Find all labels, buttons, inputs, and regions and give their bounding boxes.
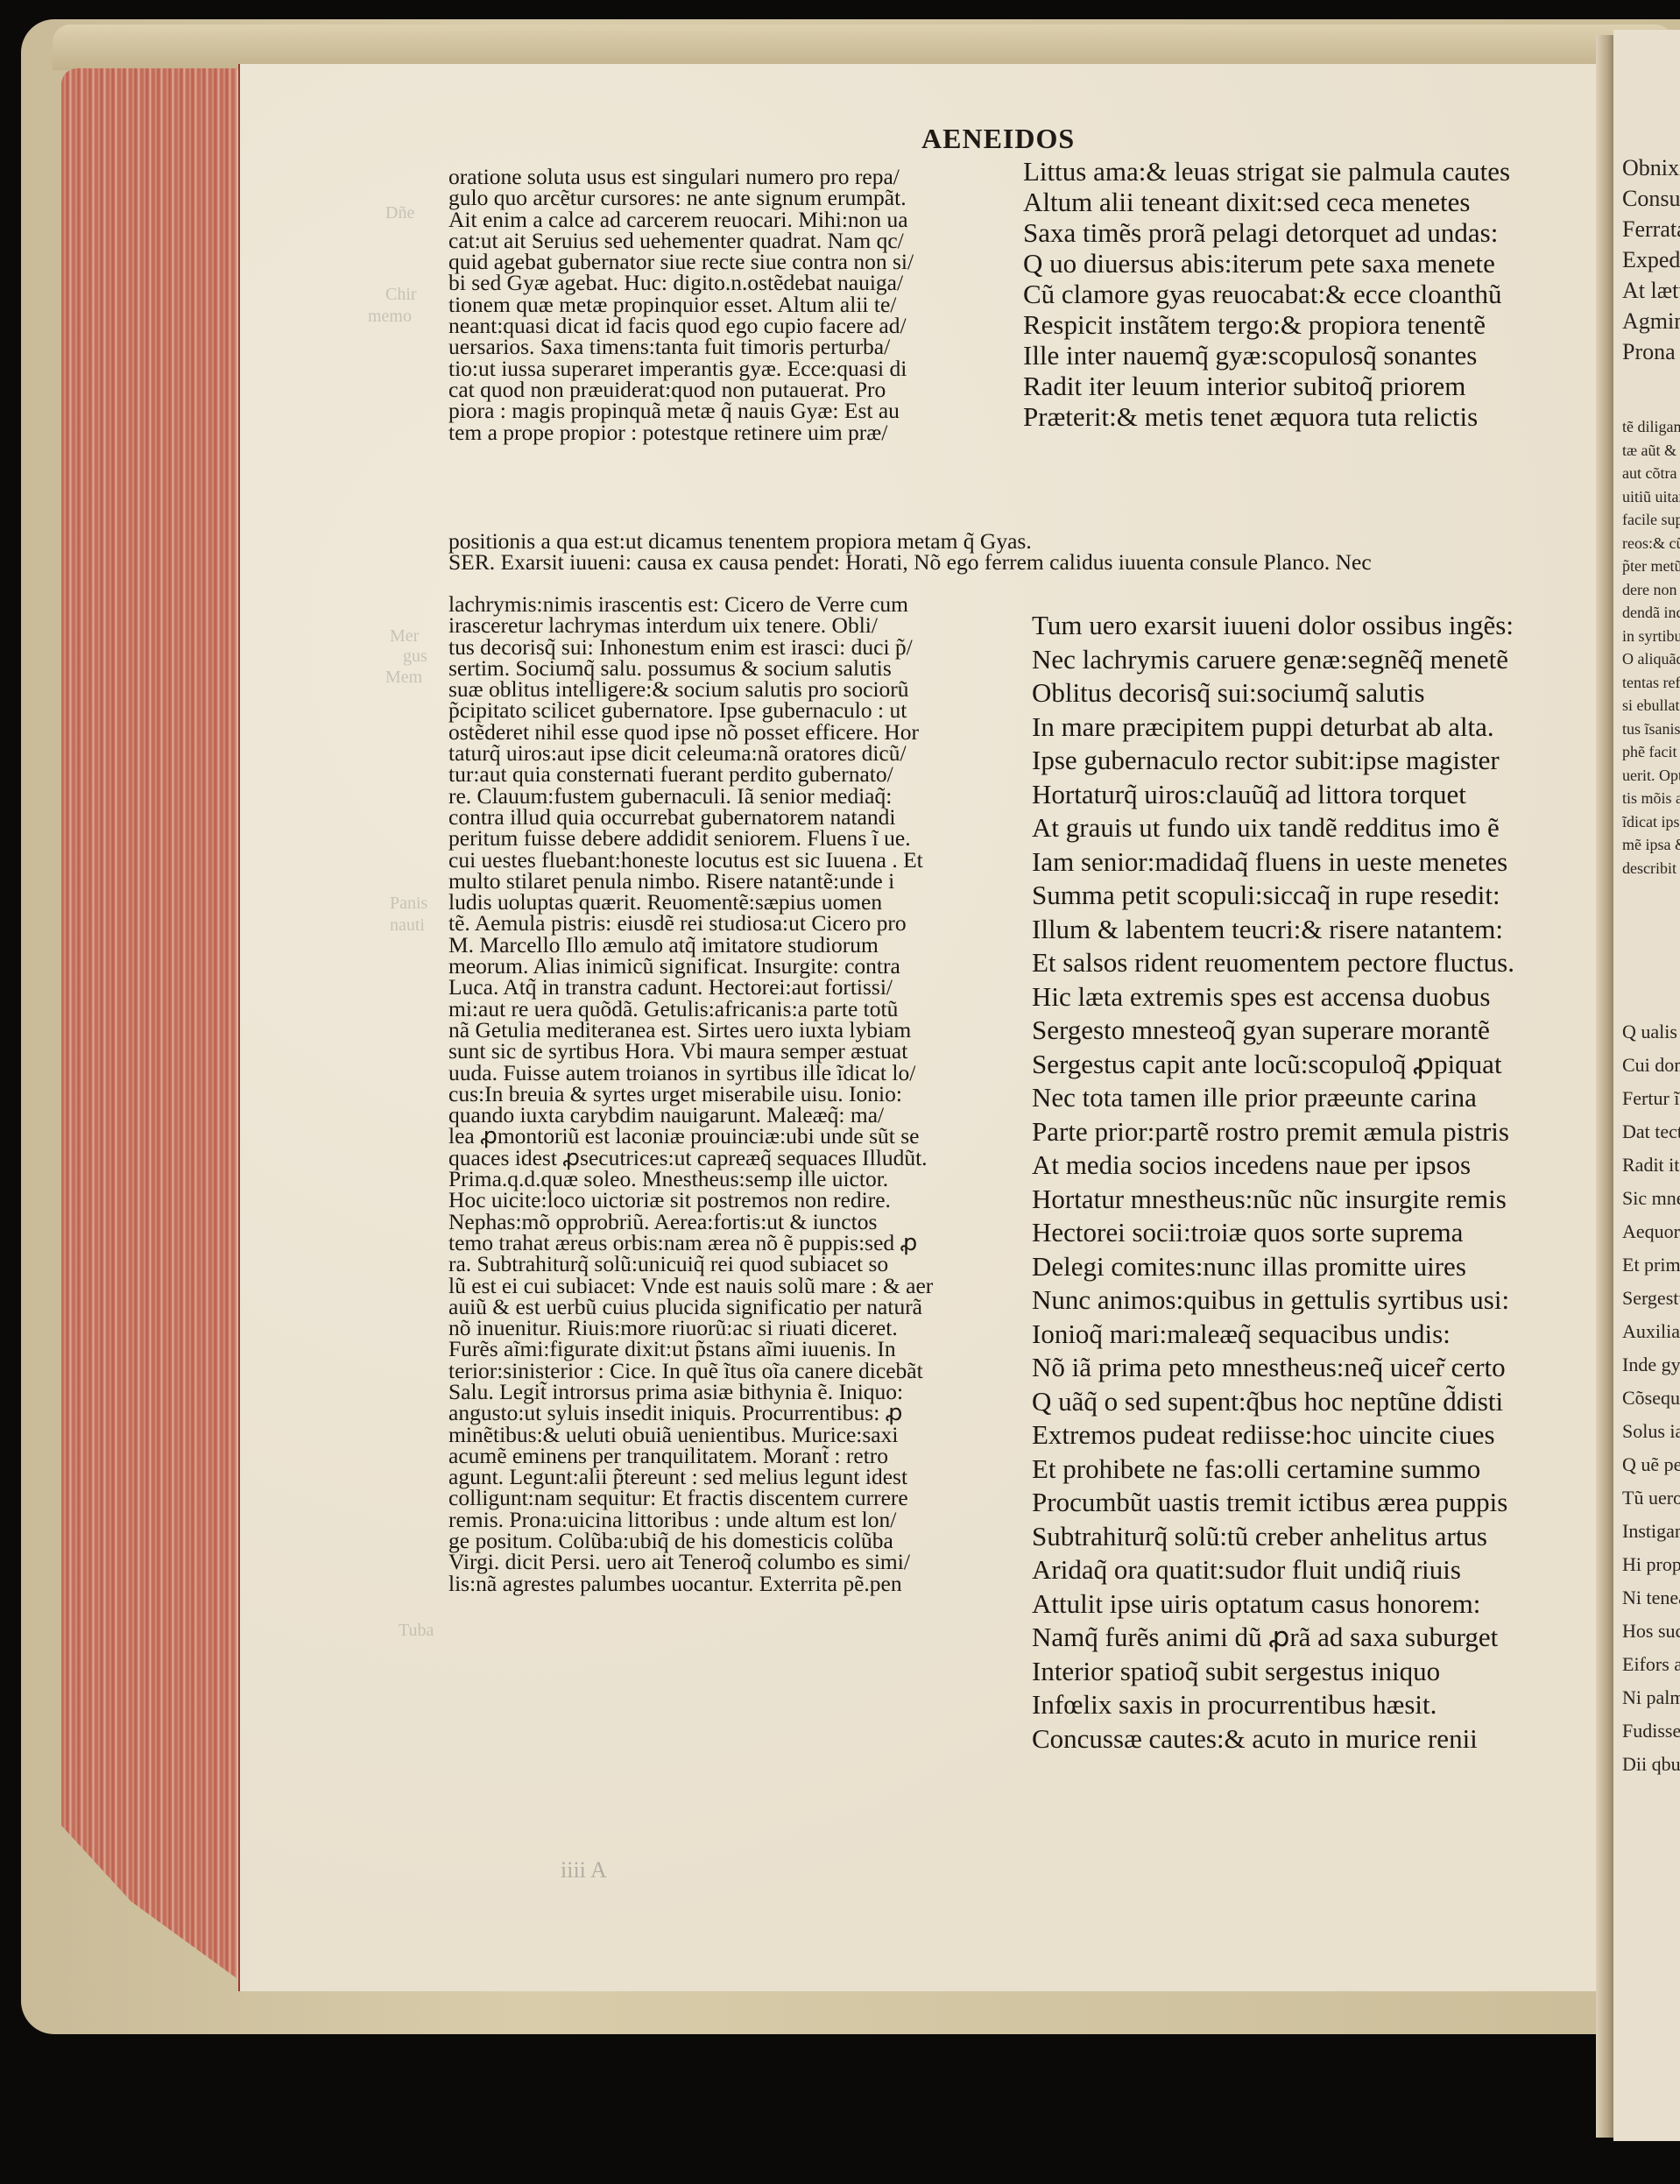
show-through-note: memo [368,307,412,327]
verse-line: Hortaturq̃ uiros:clauũq̃ ad littora torq… [1032,778,1514,812]
verse-line: Et salsos rident reuomentem pectore fluc… [1032,946,1514,980]
verse-line: Sergesto mnesteoq̃ gyan superare morantẽ [1032,1014,1514,1048]
show-through-note: Chir [385,285,417,305]
verse-fragment: Auxilia:& [1622,1315,1680,1348]
book-gutter [1596,35,1615,2138]
verse-fragment: Sic mnes [1622,1182,1680,1215]
commentary-line: peritum fuisse debere addidit seniorem. … [448,828,933,849]
verse-line: Delegi comites:nunc illas promitte uires [1032,1250,1514,1284]
commentary-fragment: describit [1622,857,1680,880]
commentary-line: tem a prope propior : potestque retinere… [448,422,914,443]
verse-fragment: Radit ite [1622,1149,1680,1182]
verse-line: Cũ clamore gyas reuocabat:& ecce cloanth… [1023,279,1510,309]
verse-line: Tum uero exarsit iuueni dolor ossibus in… [1032,609,1514,643]
verse-fragment: Cõsequit [1622,1382,1680,1415]
verse-line: Iam senior:madidaq̃ fluens in ueste mene… [1032,845,1514,880]
verse-fragment: Consurg [1622,183,1680,214]
commentary-fragment: mẽ ipsa & [1622,833,1680,857]
right-verse-bottom: Q ualis Cui dom Fertur ĩ a Dat tecto Rad… [1622,1015,1680,1781]
verse-fragment: Prona pe [1622,336,1680,367]
verse-line: In mare præcipitem puppi deturbat ab alt… [1032,710,1514,745]
verse-main-block: Tum uero exarsit iuueni dolor ossibus in… [1032,609,1514,1756]
commentary-wide-block: positionis a qua est:ut dicamus tenentem… [448,531,1372,574]
commentary-line: piora : magis propinquã metæ q̃ nauis Gy… [448,400,914,421]
show-through-note: gus [403,647,427,667]
verse-line: Sergestus capit ante locũ:scopuloq̃ ꝓpiq… [1032,1048,1514,1082]
right-commentary: tẽ diligam tæ aũt & se aut cõtra i uitiũ… [1622,415,1680,880]
verse-line: Nec tota tamen ille prior præeunte carin… [1032,1081,1514,1115]
commentary-fragment: reos:& cũ [1622,532,1680,555]
running-header: AENEIDOS [921,123,1075,155]
verse-line: Hortatur mnestheus:nũc nũc insurgite rem… [1032,1183,1514,1217]
verse-line: Præterit:& metis tenet æquora tuta relic… [1023,401,1510,432]
commentary-line: gulo quo arcẽtur cursores: ne ante signu… [448,187,914,209]
show-through-note: nauti [390,915,425,936]
verse-line: Ille inter nauemq̃ gyæ:scopulosq̃ sonant… [1023,340,1510,371]
verse-line: Subtrahiturq̃ solũ:tũ creber anhelitus a… [1032,1520,1514,1554]
verse-line: Namq̃ furẽs animi dũ ꝓrã ad saxa suburge… [1032,1621,1514,1655]
show-through-note: Panis [390,894,427,914]
verse-fragment: Tũ uero [1622,1481,1680,1515]
verse-fragment: Expediu [1622,244,1680,275]
verse-fragment: Obnixi [1622,152,1680,183]
commentary-fragment: facile supa [1622,508,1680,532]
verse-fragment: Hi propr [1622,1548,1680,1581]
verse-fragment: Agmine [1622,306,1680,336]
verse-top-block: Littus ama:& leuas strigat sie palmula c… [1023,156,1510,432]
commentary-fragment: uerit. Opt [1622,764,1680,788]
verse-line: Interior spatioq̃ subit sergestus iniquo [1032,1655,1514,1689]
verse-line: At media socios incedens naue per ipsos [1032,1149,1514,1183]
verse-line: Ionioq̃ mari:maleæq̃ sequacibus undis: [1032,1318,1514,1352]
verse-line: Radit iter leuum interior subitoq̃ prior… [1023,371,1510,401]
verse-line: Q uãq̃ o sed supent:q̃bus hoc neptũne d̃… [1032,1385,1514,1419]
show-through-note: Mer [390,626,419,647]
verse-fragment: Ni tenea [1622,1581,1680,1615]
verse-fragment: Ferrata [1622,214,1680,244]
commentary-fragment: in syrtibus [1622,625,1680,648]
verse-line: Procumbũt uastis tremit ictibus ærea pup… [1032,1486,1514,1520]
verse-fragment: Dat tecto [1622,1115,1680,1149]
commentary-fragment: dere non u [1622,578,1680,602]
verse-line: Aridaq̃ ora quatit:sudor fluit undiq̃ ri… [1032,1553,1514,1587]
verse-fragment: Ni palm [1622,1681,1680,1714]
verse-line: Ipse gubernaculo rector subit:ipse magis… [1032,744,1514,778]
right-page-fragment: Obnixi Consurg Ferrata Expediu At lætus … [1613,30,1680,2141]
verse-fragment: Eifors æ [1622,1648,1680,1681]
verse-line: Et prohibete ne fas:olli certamine summo [1032,1452,1514,1487]
verse-line: Illum & labentem teucri:& risere natante… [1032,913,1514,947]
verse-line: Respicit instãtem tergo:& propiora tenen… [1023,309,1510,340]
verse-line: Hic læta extremis spes est accensa duobu… [1032,980,1514,1014]
verse-line: Altum alii teneant dixit:sed ceca menete… [1023,187,1510,217]
commentary-fragment: dendã incic [1622,601,1680,625]
verse-line: Infœlix saxis in procurrentibus hæsit. [1032,1688,1514,1722]
verse-line: Concussæ cautes:& acuto in murice renii [1032,1722,1514,1756]
verse-fragment: Fertur ĩ a [1622,1082,1680,1115]
verse-line: Hectorei socii:troiæ quos sorte suprema [1032,1216,1514,1250]
red-stained-page-edges [61,68,236,1978]
right-verse-top: Obnixi Consurg Ferrata Expediu At lætus … [1622,152,1680,367]
verse-fragment: Inde gya [1622,1348,1680,1382]
commentary-fragment: uitiũ uitan [1622,485,1680,509]
show-through-note: Mem [385,668,422,688]
verse-fragment: Dii qbus [1622,1748,1680,1781]
show-through-note: Dñe [385,203,414,223]
verse-fragment: Aequora [1622,1215,1680,1248]
commentary-fragment: tis mõis a [1622,787,1680,810]
commentary-line: irasceretur lachrymas interdum uix tener… [448,615,933,636]
verse-line: Summa petit scopuli:siccaq̃ in rupe rese… [1032,879,1514,913]
verse-line: Q uo diuersus abis:iterum pete saxa mene… [1023,248,1510,279]
verse-fragment: Solus ian [1622,1415,1680,1448]
commentary-fragment: si ebullat [1622,694,1680,717]
commentary-fragment: tentas refe [1622,671,1680,695]
verse-line: At grauis ut fundo uix tandẽ redditus im… [1032,811,1514,845]
commentary-fragment: tẽ diligam [1622,415,1680,439]
commentary-fragment: aut cõtra i [1622,462,1680,485]
verse-line: Saxa timẽs prorã pelagi detorquet ad und… [1023,217,1510,248]
verse-line: Extremos pudeat rediisse:hoc uincite ciu… [1032,1418,1514,1452]
commentary-line: Virgi. dicit Persi. uero ait Teneroq̃ co… [448,1551,933,1573]
verse-line: Nunc animos:quibus in gettulis syrtibus … [1032,1283,1514,1318]
commentary-fragment: O aliquãdo [1622,647,1680,671]
verse-fragment: Sergestũ [1622,1282,1680,1315]
verse-line: Nec lachrymis caruere genæ:segnẽq̃ menet… [1032,643,1514,677]
commentary-fragment: tæ aũt & se [1622,439,1680,463]
commentary-line: angusto:ut syluis insedit iniquis. Procu… [448,1403,933,1424]
commentary-top-block: oratione soluta usus est singulari numer… [448,166,914,443]
commentary-line: ra. Subtrahiturq̃ solũ:unicuiq̃ rei quod… [448,1254,933,1275]
verse-fragment: Et primu [1622,1248,1680,1282]
signature-mark: iiii A [561,1857,607,1884]
commentary-line: Hoc uicite:loco uictoriæ sit postremos n… [448,1190,933,1211]
commentary-line: Luca. Atq̃ in transtra cadunt. Hectorei:… [448,977,933,998]
verse-fragment: Fudissetc [1622,1714,1680,1748]
commentary-fragment: tus ĩsanis e [1622,717,1680,741]
verse-line: Nõ iã prima peto mnestheus:neq̃ uicer̃ c… [1032,1351,1514,1385]
verse-fragment: Instigant [1622,1515,1680,1548]
verse-line: Parte prior:partẽ rostro premit æmula pi… [1032,1115,1514,1149]
verse-fragment: At lætus [1622,275,1680,306]
verse-line: Attulit ipse uiris optatum casus honorem… [1032,1587,1514,1622]
verse-fragment: Q ualis [1622,1015,1680,1049]
commentary-line: sunt sic de syrtibus Hora. Vbi maura sem… [448,1041,933,1062]
commentary-fragment: ĩdicat ipsa [1622,810,1680,834]
verse-line: Oblitus decorisq̃ sui:sociumq̃ salutis [1032,676,1514,710]
show-through-note: Tuba [399,1621,434,1641]
verse-fragment: Hos succ [1622,1615,1680,1648]
verse-fragment: Q uẽ pe [1622,1448,1680,1481]
commentary-main-block: lachrymis:nimis irascentis est: Cicero d… [448,594,933,1594]
commentary-line: SER. Exarsit iuueni: causa ex causa pend… [448,552,1372,573]
commentary-line: lis:nã agrestes palumbes uocantur. Exter… [448,1573,933,1594]
commentary-fragment: p̃ter metũ [1622,555,1680,578]
commentary-fragment: phẽ facit u [1622,740,1680,764]
verse-fragment: Cui dom [1622,1049,1680,1082]
verse-line: Littus ama:& leuas strigat sie palmula c… [1023,156,1510,187]
